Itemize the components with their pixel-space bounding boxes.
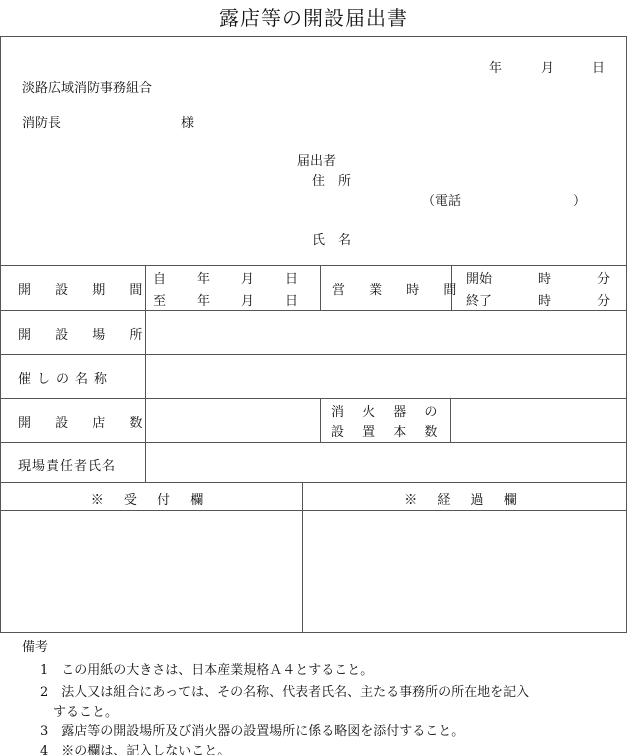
divider <box>0 442 627 443</box>
divider <box>0 398 627 399</box>
hours-end-hour: 時 <box>538 290 551 309</box>
hours-start-hour: 時 <box>538 268 551 287</box>
notes-heading: 備考 <box>22 636 48 655</box>
phone-close: ） <box>573 190 586 209</box>
period-from-year: 年 <box>197 268 210 287</box>
period-to-day: 日 <box>285 290 298 309</box>
period-to-prefix: 至 <box>153 290 166 309</box>
extinguisher-label-line1: 消 火 器 の <box>331 401 444 420</box>
divider <box>0 510 627 511</box>
period-label: 開 設 期 間 <box>18 279 152 298</box>
store-count-field[interactable] <box>148 400 318 441</box>
reception-label: ※ 受 付 欄 <box>0 489 302 508</box>
name-label: 氏 名 <box>312 229 351 248</box>
period-from-day: 日 <box>285 268 298 287</box>
divider <box>450 398 451 442</box>
date-day-label: 日 <box>592 57 605 76</box>
address-label: 住 所 <box>312 170 351 189</box>
location-field[interactable] <box>148 312 626 353</box>
note-item: 3 露店等の開設場所及び消火器の設置場所に係る略図を添付すること。 <box>40 720 464 739</box>
applicant-label: 届出者 <box>297 150 336 169</box>
addressee-title: 消防長 <box>22 112 61 131</box>
extinguisher-label-line2: 設 置 本 数 <box>331 421 444 440</box>
date-year-label: 年 <box>489 57 502 76</box>
phone-open: （電話 <box>422 190 461 209</box>
hours-end-prefix: 終了 <box>466 290 492 309</box>
date-month-label: 月 <box>541 57 554 76</box>
note-item: 2 法人又は組合にあっては、その名称、代表者氏名、主たる事務所の所在地を記入 <box>40 681 529 700</box>
period-from-prefix: 自 <box>153 268 166 287</box>
note-item: 4 ※の欄は、記入しないこと。 <box>40 740 230 755</box>
addressee-org: 淡路広域消防事務組合 <box>22 77 152 96</box>
store-count-label: 開 設 店 数 <box>18 412 152 431</box>
event-name-label: 催しの名称 <box>18 368 113 387</box>
page-title: 露店等の開設届出書 <box>0 2 627 31</box>
divider <box>0 265 627 266</box>
divider <box>320 265 321 310</box>
hours-start-minute: 分 <box>597 268 610 287</box>
note-item: 1 この用紙の大きさは、日本産業規格Ａ４とすること。 <box>40 659 373 678</box>
divider <box>0 354 627 355</box>
divider <box>0 310 627 311</box>
honorific: 様 <box>181 112 194 131</box>
divider <box>0 482 627 483</box>
event-name-field[interactable] <box>148 356 626 397</box>
period-from-month: 月 <box>241 268 254 287</box>
manager-field[interactable] <box>148 444 626 481</box>
note-item: すること。 <box>40 701 118 720</box>
divider <box>320 398 321 442</box>
period-to-year: 年 <box>197 290 210 309</box>
hours-label: 営 業 時 間 <box>332 279 466 298</box>
manager-label: 現場責任者氏名 <box>18 455 116 474</box>
hours-start-prefix: 開始 <box>466 268 492 287</box>
hours-end-minute: 分 <box>597 290 610 309</box>
period-to-month: 月 <box>241 290 254 309</box>
extinguisher-count-field[interactable] <box>454 400 626 441</box>
progress-label: ※ 経 過 欄 <box>302 489 627 508</box>
location-label: 開 設 場 所 <box>18 324 152 343</box>
